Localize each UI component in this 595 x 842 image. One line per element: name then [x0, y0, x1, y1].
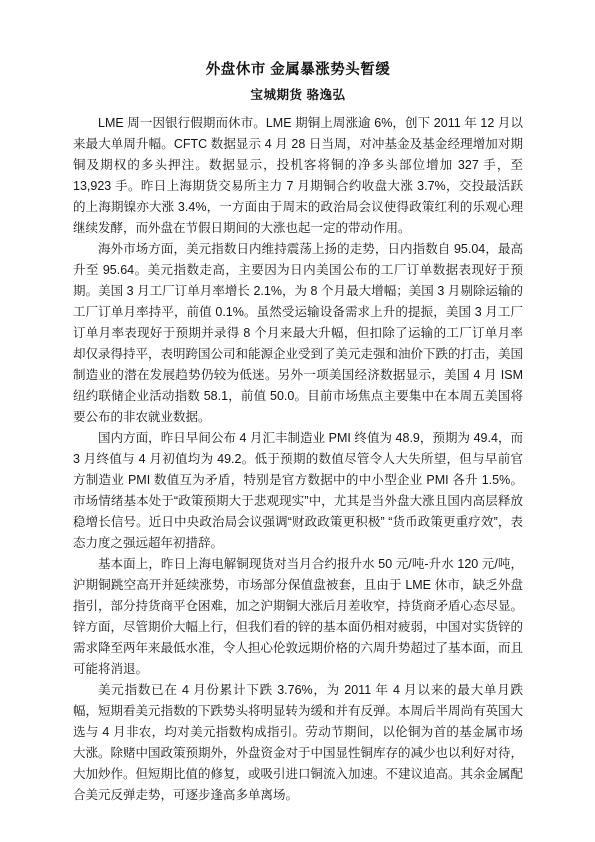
paragraph-market-overview: LME 周一因银行假期而休市。LME 期铜上周涨逾 6%，创下 2011 年 1…	[73, 113, 523, 239]
paragraph-outlook: 美元指数已在 4 月份累计下跌 3.76%，为 2011 年 4 月以来的最大单…	[73, 680, 523, 806]
document-byline: 宝城期货 骆逸弘	[73, 87, 523, 104]
paragraph-domestic-market: 国内方面，昨日早间公布 4 月汇丰制造业 PMI 终值为 48.9，预期为 49…	[73, 428, 523, 554]
document-title: 外盘休市 金属暴涨势头暂缓	[73, 60, 523, 80]
document-page: 外盘休市 金属暴涨势头暂缓 宝城期货 骆逸弘 LME 周一因银行假期而休市。LM…	[0, 0, 595, 842]
paragraph-fundamentals: 基本面上，昨日上海电解铜现货对当月合约报升水 50 元/吨-升水 120 元/吨…	[73, 554, 523, 680]
paragraph-overseas-market: 海外市场方面，美元指数日内维持震荡上扬的走势，日内指数自 95.04，最高升至 …	[73, 239, 523, 428]
